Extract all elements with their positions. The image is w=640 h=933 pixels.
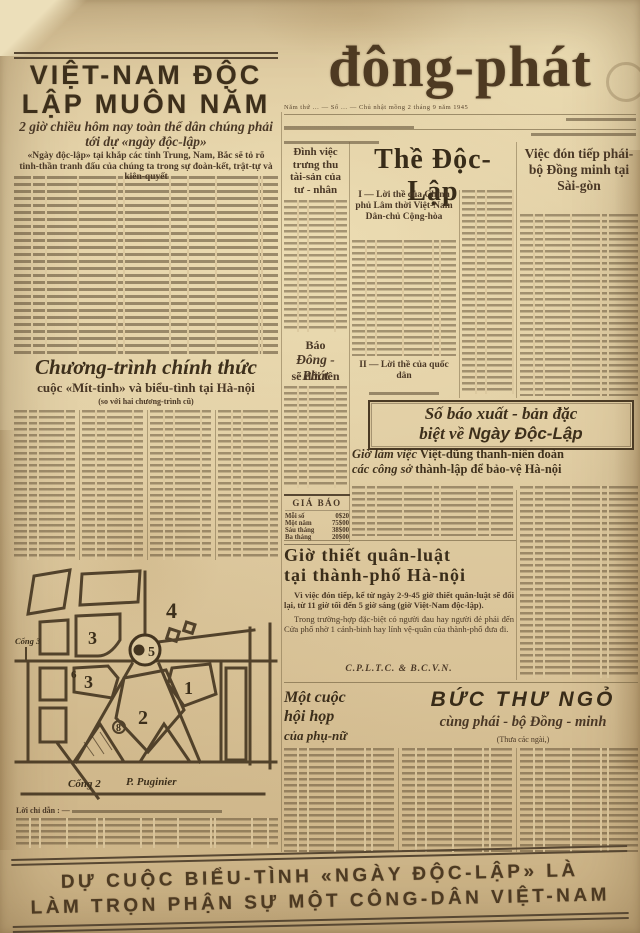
column-rule-left [281, 112, 282, 852]
women-meeting-headline: Một cuộc hội họp của phụ-nữ [284, 688, 406, 745]
map-triangle [140, 724, 190, 762]
map-label-street: P. Puginier [126, 776, 177, 788]
lead-body-text-greeked [14, 176, 278, 354]
curfew-headline-line2: tại thành-phố Hà-nội [284, 565, 516, 585]
work-hours-body-left-greeked [352, 486, 514, 536]
work-hours-l2-bold: thành-lập để bảo-vệ Hà-nội [412, 462, 561, 476]
masthead-rule-1 [284, 114, 636, 115]
newspaper-page: đông-phát Năm thứ … — Số … — Chủ nhật mồ… [0, 0, 640, 933]
saigon-headline: Việc đón tiếp phái-bộ Đồng minh tại Sài-… [520, 146, 638, 194]
dateline: Năm thứ … — Số … — Chủ nhật mồng 2 tháng… [284, 104, 636, 111]
map-block [40, 620, 68, 654]
work-hours-l2-italic: các công sở [352, 462, 412, 476]
saigon-body-greeked [520, 214, 638, 396]
open-letter-headline: BỨC THƯ NGỎ [408, 688, 638, 712]
map-sketch: 4 3 3 1 2 5 6 8 Cổng 3 Cổng 2 P. Puginie… [14, 566, 278, 804]
map-caption-greeked [16, 818, 278, 848]
lead-subhead: 2 giờ chiều hôm nay toàn thể dân chúng p… [14, 120, 278, 149]
program-col-4-greeked [218, 410, 278, 560]
open-letter-subhead: cùng phái - bộ Đồng - minh [408, 714, 638, 731]
map-label-2: 2 [138, 707, 148, 729]
program-col-2-greeked [82, 410, 143, 560]
map-label-gate3: Cổng 3 [15, 636, 41, 646]
map-block [226, 668, 246, 760]
price-row: Sáu tháng38$00 [285, 527, 349, 534]
curfew-body-1: Vì việc đón tiếp, kể từ ngày 2-9-45 giờ … [284, 590, 514, 610]
program-rule-1 [79, 410, 80, 560]
requisition-headline: Đình việc trưng thu tài-sản của tư - nhâ… [284, 146, 347, 196]
women-meeting-line1: Một cuộc [284, 688, 406, 707]
program-subhead: cuộc «Mít-tinh» và biểu-tình tại Hà-nội [10, 381, 282, 395]
special-issue-line2-strong: Ngày Độc-Lập [468, 424, 582, 443]
program-col-3-greeked [150, 410, 211, 560]
requisition-body-greeked [284, 200, 347, 332]
rename-headline-3: sẽ đổi tên [284, 369, 347, 384]
curfew-headline: Giờ thiết quân-luật tại thành-phố Hà-nội [284, 545, 516, 585]
map-label-6: 6 [71, 669, 77, 681]
work-hours-l1-bold: Việt-dũng thanh-niên đoàn [417, 447, 564, 461]
map-podium-mark [134, 645, 145, 656]
special-issue-line2: biệt về Ngày Độc-Lập [370, 424, 632, 444]
letter-col-2-greeked [402, 748, 512, 852]
letter-top-rule [284, 682, 638, 683]
map-label-3a: 3 [88, 628, 97, 648]
map-block-3b [74, 666, 118, 698]
price-value: 75$00 [332, 520, 349, 527]
price-box-title: GIÁ BÁO [285, 498, 349, 511]
lead-headline-line1: VIỆT-NAM ĐỘC [14, 60, 278, 90]
bottom-banner: DỰ CUỘC BIỂU-TÌNH «NGÀY ĐỘC-LẬP» LÀ LÀM … [11, 845, 629, 933]
price-label: Một năm [285, 520, 312, 527]
price-row: Một năm75$00 [285, 520, 349, 527]
column-rule-a-b [349, 142, 350, 542]
women-meeting-line3: của phụ-nữ [284, 726, 406, 745]
oath-sub2: II — Lời thề của quốc dân [352, 360, 456, 382]
map-caption: Lời chỉ dẫn : — [16, 806, 278, 815]
stamp-circle-icon [606, 62, 640, 102]
map-label-3b: 3 [84, 672, 93, 692]
special-issue-box: Số báo xuất - bản đặc biệt về Ngày Độc-L… [368, 400, 634, 450]
column-rule-b-c-mid [516, 490, 517, 680]
program-rule-3 [215, 410, 216, 560]
map-gate-square [167, 629, 180, 642]
lead-headline-line2: LẬP MUÔN NĂM [14, 89, 278, 119]
rename-headline-1: Báo [284, 338, 347, 353]
oath-body-2-greeked [462, 190, 514, 394]
column-rule-b-c-top [516, 142, 517, 398]
right-strip-greeked [520, 486, 638, 678]
special-issue-line2-prefix: biệt về [419, 424, 468, 443]
letter-rule-1 [398, 748, 399, 852]
rename-body-greeked [284, 386, 347, 488]
open-letter-headline-block: BỨC THƯ NGỎ cùng phái - bộ Đồng - minh (… [408, 688, 638, 744]
letter-col-1-greeked [284, 748, 394, 852]
price-value: 38$00 [332, 527, 349, 534]
column-rule-b-inner [459, 190, 460, 398]
letter-col-3-greeked [520, 748, 638, 852]
letter-rule-2 [516, 748, 517, 852]
curfew-headline-line1: Giờ thiết quân-luật [284, 545, 516, 565]
lead-top-rule [14, 52, 278, 59]
program-rule-2 [147, 410, 148, 560]
oath-body-1-greeked [352, 240, 456, 356]
price-label: Mỗi số [285, 513, 304, 520]
special-issue-line1: Số báo xuất - bản đặc [370, 404, 632, 424]
torn-corner [0, 0, 90, 56]
price-label: Sáu tháng [285, 527, 314, 534]
map-label-5: 5 [148, 645, 155, 660]
map-gate-square [184, 622, 195, 633]
curfew-body-2: Trong trường-hợp đặc-biệt có người đau h… [284, 614, 514, 634]
map-block [28, 570, 70, 614]
price-row: Mỗi số0$20 [285, 513, 349, 520]
map-block-3a [76, 614, 120, 656]
curfew-signature: C.P.L.T.C. & B.C.V.N. [284, 664, 514, 674]
masthead-title: đông-phát [288, 34, 632, 100]
work-hours-l1-italic: Giờ làm việc [352, 447, 417, 461]
masthead-rule-2 [284, 129, 636, 130]
price-box: GIÁ BÁO Mỗi số0$20 Một năm75$00 Sáu thán… [284, 494, 350, 545]
open-letter-salutation: (Thưa các ngài,) [408, 735, 638, 744]
map-block [80, 571, 140, 605]
price-value: 0$20 [335, 513, 349, 520]
program-headline: Chương-trình chính thức [10, 356, 282, 379]
map-block [40, 708, 66, 742]
program-note: (so với hai chương-trình cũ) [10, 397, 282, 406]
map-caption-lead: Lời chỉ dẫn : — [16, 806, 70, 815]
map-label-1: 1 [184, 678, 193, 698]
curfew-body: Vì việc đón tiếp, kể từ ngày 2-9-45 giờ … [284, 590, 514, 634]
oath-sub1: I — Lời thề của Chính phủ Lâm thời Việt-… [352, 190, 456, 223]
program-col-1-greeked [14, 410, 75, 560]
curfew-top-rule [284, 540, 516, 541]
map-block [40, 668, 66, 700]
map-label-4: 4 [166, 598, 177, 623]
map-label-gate2: Cổng 2 [68, 778, 101, 790]
women-meeting-line2: hội họp [284, 707, 406, 726]
map-label-8: 8 [116, 723, 121, 734]
work-hours-headline: Giờ làm việc Việt-dũng thanh-niên đoàn c… [352, 447, 638, 477]
